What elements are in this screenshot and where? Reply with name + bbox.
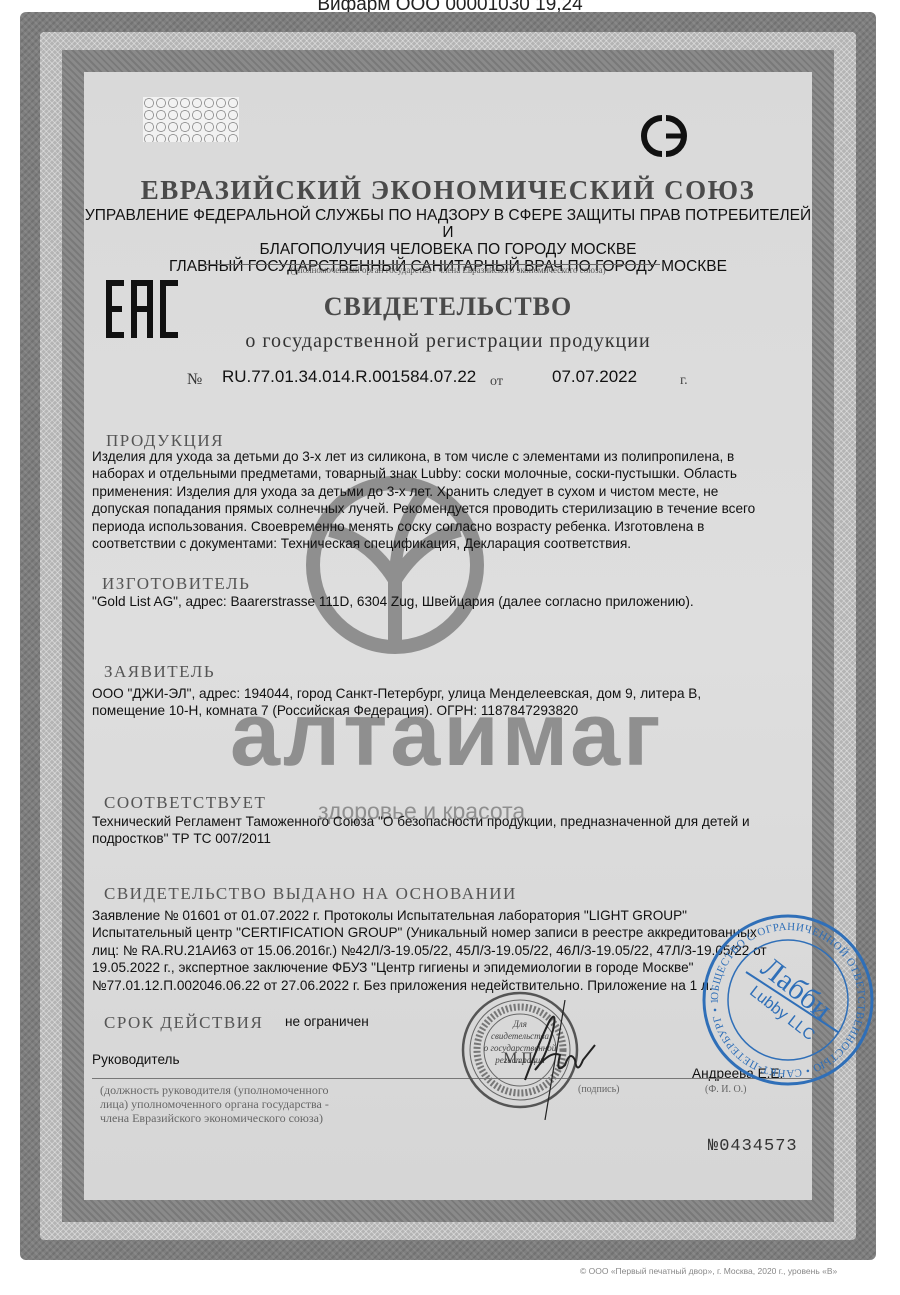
conforms-heading: СООТВЕТСТВУЕТ bbox=[104, 793, 266, 813]
validity-heading: СРОК ДЕЙСТВИЯ bbox=[104, 1013, 263, 1033]
conforms-text: Технический Регламент Таможенного Союза … bbox=[92, 813, 807, 848]
basis-heading: СВИДЕТЕЛЬСТВО ВЫДАНО НА ОСНОВАНИИ bbox=[104, 884, 517, 904]
signature-scribble bbox=[505, 1000, 615, 1120]
manufacturer-heading: ИЗГОТОВИТЕЛЬ bbox=[102, 574, 250, 594]
serial-number: №0434573 bbox=[708, 1137, 798, 1156]
signer-role: Руководитель bbox=[92, 1052, 180, 1067]
date-suffix: г. bbox=[680, 373, 688, 389]
applicant-heading: ЗАЯВИТЕЛЬ bbox=[104, 662, 215, 682]
security-pattern bbox=[143, 97, 239, 142]
company-stamp: ОБЩЕСТВО С ОГРАНИЧЕННОЙ ОТВЕТСТВЕННОСТЬЮ… bbox=[698, 910, 878, 1090]
manufacturer-text: "Gold List AG", адрес: Baarerstrasse 111… bbox=[92, 593, 807, 610]
printer-note: © ООО «Первый печатный двор», г. Москва,… bbox=[580, 1266, 837, 1276]
number-label: № bbox=[187, 371, 202, 389]
union-title: ЕВРАЗИЙСКИЙ ЭКОНОМИЧЕСКИЙ СОЮЗ bbox=[84, 175, 812, 206]
certificate-title: СВИДЕТЕЛЬСТВО bbox=[84, 292, 812, 322]
applicant-text: ООО "ДЖИ-ЭЛ", адрес: 194044, город Санкт… bbox=[92, 685, 807, 720]
date-prefix: от bbox=[490, 374, 503, 390]
authority-note: (уполномоченный орган государства - член… bbox=[84, 265, 812, 275]
certificate-number: RU.77.01.34.014.R.001584.07.22 bbox=[222, 367, 476, 387]
product-text: Изделия для ухода за детьми до 3-х лет и… bbox=[92, 448, 807, 552]
ce-mark-icon bbox=[636, 110, 692, 162]
validity-value: не ограничен bbox=[285, 1014, 369, 1029]
certificate-subtitle: о государственной регистрации продукции bbox=[84, 330, 812, 353]
position-note: (должность руководителя (уполномоченного… bbox=[100, 1083, 329, 1125]
certificate-date: 07.07.2022 bbox=[552, 367, 637, 387]
